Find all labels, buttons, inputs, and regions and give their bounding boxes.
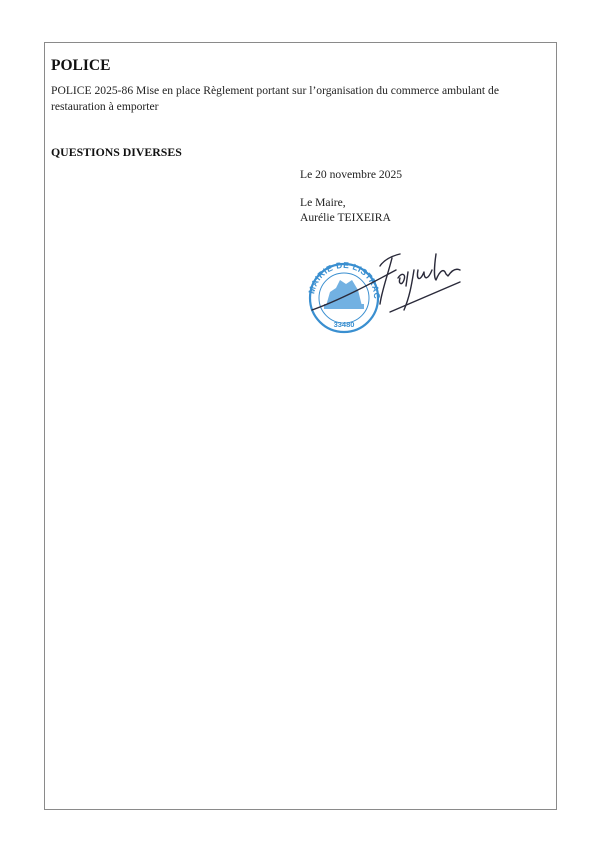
signature-block: Le Maire, Aurélie TEIXEIRA: [300, 196, 391, 225]
svg-text:33480: 33480: [334, 320, 355, 329]
stamp-icon: MAIRIE DE LISTRAC MEDOC 33480: [300, 240, 470, 340]
signature-date: Le 20 novembre 2025: [300, 168, 402, 181]
section-title-questions-diverses: QUESTIONS DIVERSES: [51, 145, 182, 160]
section-title-police: POLICE: [51, 57, 110, 75]
official-stamp-and-signature: MAIRIE DE LISTRAC MEDOC 33480: [300, 240, 470, 340]
agenda-item-police-2025-86: POLICE 2025-86 Mise en place Règlement p…: [51, 83, 546, 114]
signatory-name: Aurélie TEIXEIRA: [300, 211, 391, 226]
signatory-role: Le Maire,: [300, 196, 391, 211]
